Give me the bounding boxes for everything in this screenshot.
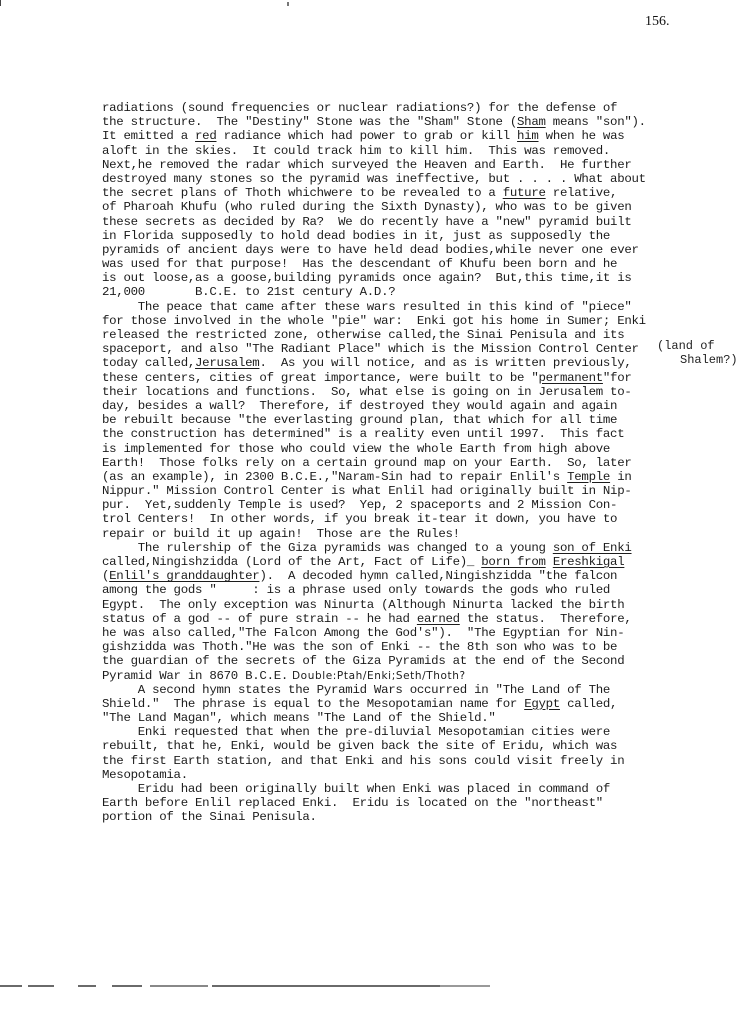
text-line: It emitted a red radiance which had powe… — [102, 129, 742, 143]
text-line: today called,Jerusalem. As you will noti… — [102, 356, 742, 370]
document-body: radiations (sound frequencies or nuclear… — [102, 101, 742, 825]
text-line: Earth before Enlil replaced Enki. Eridu … — [102, 796, 742, 810]
underlined-word: Egypt — [524, 697, 560, 711]
underlined-word: son of Enki — [553, 541, 632, 555]
text-line: portion of the Sinai Penisula. — [102, 810, 742, 824]
underlined-word: Temple — [567, 470, 610, 484]
text-line: Earth! Those folks rely on a certain gro… — [102, 456, 742, 470]
text-line: of Pharoah Khufu (who ruled during the S… — [102, 200, 742, 214]
text-line: Pyramid War in 8670 B.C.E. Double:Ptah/E… — [102, 669, 742, 683]
text-line: status of a god -- of pure strain -- he … — [102, 612, 742, 626]
text-line: The peace that came after these wars res… — [102, 300, 742, 314]
text-line: pyramids of ancient days were to have he… — [102, 243, 742, 257]
page-number: 156. — [645, 14, 670, 30]
text-line: among the gods " : is a phrase used only… — [102, 583, 742, 597]
underlined-word: earned — [417, 612, 460, 626]
text-line: Mesopotamia. — [102, 768, 742, 782]
text-line: the guardian of the secrets of the Giza … — [102, 654, 742, 668]
margin-note-land-of: (land of — [657, 339, 715, 353]
text-line: The rulership of the Giza pyramids was c… — [102, 541, 742, 555]
text-line: gishzidda was Thoth."He was the son of E… — [102, 640, 742, 654]
underlined-word: Jerusalem — [195, 356, 259, 370]
text-line: radiations (sound frequencies or nuclear… — [102, 101, 742, 115]
text-line: Next,he removed the radar which surveyed… — [102, 158, 742, 172]
handwritten-annotation: Double:Ptah/Enki;Seth/Thoth? — [288, 670, 466, 682]
text-line: pur. Yet,suddenly Temple is used? Yep, 2… — [102, 498, 742, 512]
text-line: is out loose,as a goose,building pyramid… — [102, 271, 742, 285]
text-line: Egypt. The only exception was Ninurta (A… — [102, 598, 742, 612]
footer-rule — [0, 985, 490, 987]
underlined-word: born from — [481, 555, 545, 569]
text-line: for those involved in the whole "pie" wa… — [102, 314, 742, 328]
text-line: trol Centers! In other words, if you bre… — [102, 512, 742, 526]
underlined-word: Ereshkigal — [553, 555, 625, 569]
underlined-word: Sham — [517, 115, 546, 129]
underlined-word: permanent — [539, 371, 603, 385]
text-line: Nippur." Mission Control Center is what … — [102, 484, 742, 498]
text-line: the first Earth station, and that Enki a… — [102, 754, 742, 768]
text-line: their locations and functions. So, what … — [102, 385, 742, 399]
text-line: Enki requested that when the pre-diluvia… — [102, 725, 742, 739]
text-line: called,Ningishzidda (Lord of the Art, Fa… — [102, 555, 742, 569]
text-line: destroyed many stones so the pyramid was… — [102, 172, 742, 186]
text-line: (Enlil's granddaughter). A decoded hymn … — [102, 569, 742, 583]
text-line: these secrets as decided by Ra? We do re… — [102, 215, 742, 229]
text-line: repair or build it up again! Those are t… — [102, 527, 742, 541]
text-line: the construction has determined" is a re… — [102, 427, 742, 441]
underlined-word: Enlil's granddaughter — [109, 569, 259, 583]
text-line: is implemented for those who could view … — [102, 442, 742, 456]
text-line: (as an example), in 2300 B.C.E.,"Naram-S… — [102, 470, 742, 484]
underlined-word: him — [517, 129, 538, 143]
text-line: spaceport, and also "The Radiant Place" … — [102, 342, 742, 356]
text-line: Eridu had been originally built when Enk… — [102, 782, 742, 796]
text-line: 21,000 B.C.E. to 21st century A.D.? — [102, 285, 742, 299]
scan-artifact-mark — [287, 2, 289, 6]
text-line: the structure. The "Destiny" Stone was t… — [102, 115, 742, 129]
text-line: released the restricted zone, otherwise … — [102, 328, 742, 342]
text-line: these centers, cities of great importanc… — [102, 371, 742, 385]
scan-artifact-mark — [0, 0, 1, 6]
text-line: aloft in the skies. It could track him t… — [102, 144, 742, 158]
text-line: day, besides a wall? Therefore, if destr… — [102, 399, 742, 413]
margin-note-shalem: Shalem?) — [680, 353, 738, 367]
text-line: "The Land Magan", which means "The Land … — [102, 711, 742, 725]
underlined-word: future — [503, 186, 546, 200]
text-line: rebuilt, that he, Enki, would be given b… — [102, 739, 742, 753]
underlined-word: red — [195, 129, 216, 143]
text-line: he was also called,"The Falcon Among the… — [102, 626, 742, 640]
text-line: the secret plans of Thoth whichwere to b… — [102, 186, 742, 200]
text-line: Shield." The phrase is equal to the Meso… — [102, 697, 742, 711]
text-line: was used for that purpose! Has the desce… — [102, 257, 742, 271]
text-line: be rebuilt because "the everlasting grou… — [102, 413, 742, 427]
text-line: A second hymn states the Pyramid Wars oc… — [102, 683, 742, 697]
text-line: in Florida supposedly to hold dead bodie… — [102, 229, 742, 243]
